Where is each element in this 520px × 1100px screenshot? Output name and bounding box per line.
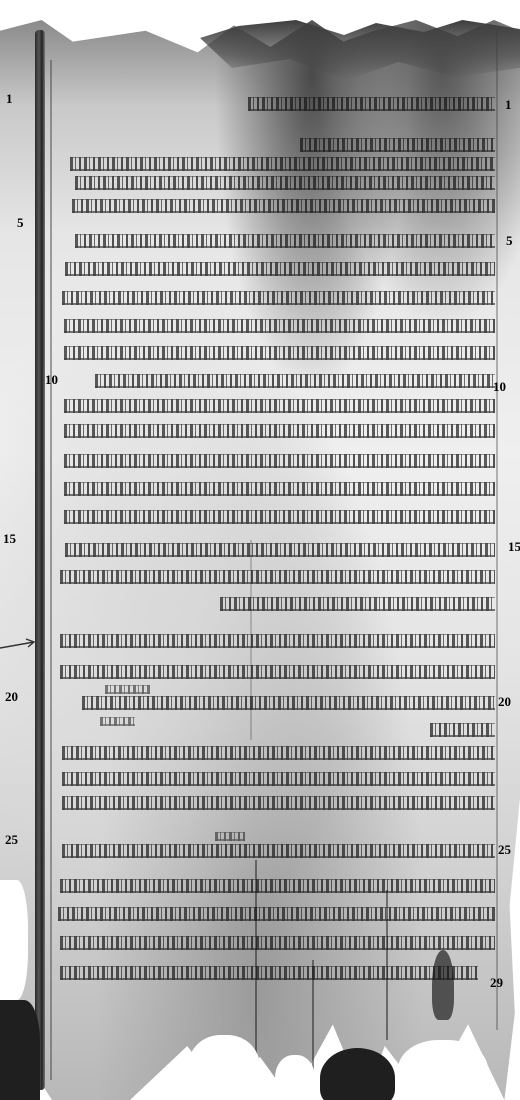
line-number-right: 20 [498,694,511,710]
handwritten-text-line [64,482,495,496]
handwritten-text-line [64,510,495,524]
handwritten-text-line [75,234,495,248]
handwritten-text-line [62,772,495,786]
handwritten-text-line [70,157,495,171]
line-number-left: 15 [3,531,16,547]
line-number-left: 1 [6,91,13,107]
line-number-right: 1 [505,97,512,113]
handwritten-text-line [95,374,495,388]
right-margin-ruling [496,30,498,1030]
line-number-left: 5 [17,215,24,231]
handwritten-text-line [65,262,495,276]
parchment-hole [188,1035,260,1100]
line-number-left: 10 [45,372,58,388]
handwritten-text-line [430,723,495,737]
line-number-left: 25 [5,832,18,848]
line-number-left: 20 [5,689,18,705]
handwritten-text-line [60,570,495,584]
handwritten-text-line [82,696,495,710]
parchment-hole [275,1055,315,1100]
line-number-right: 5 [506,233,513,249]
interlinear-correction [100,717,135,726]
handwritten-text-line [62,796,495,810]
dark-damage [432,950,454,1020]
dark-damage [320,1048,395,1100]
margin-arrow-mark [0,638,40,652]
dark-damage [0,1000,40,1100]
line-number-right: 10 [493,379,506,395]
handwritten-text-line [64,346,495,360]
handwritten-text-line [64,454,495,468]
handwritten-text-line [65,543,495,557]
handwritten-text-line [75,176,495,190]
line-number-right: 29 [490,975,503,991]
handwritten-text-line [300,138,495,152]
manuscript-photograph: 1510152025151015202529 [0,0,520,1100]
handwritten-text-line [72,199,495,213]
handwritten-text-line [60,936,495,950]
handwritten-text-line [64,319,495,333]
line-number-right: 15 [508,539,520,555]
handwritten-text-line [60,665,495,679]
handwritten-text-line [58,907,495,921]
handwritten-text-line [220,597,495,611]
interlinear-correction [105,685,150,694]
line-number-right: 25 [498,842,511,858]
handwritten-text-line [60,879,495,893]
handwritten-text-line [248,97,495,111]
scroll-left-edge-seam [35,30,45,1090]
handwritten-text-line [64,424,495,438]
parchment-hole [398,1040,488,1100]
left-margin-ruling [50,60,52,1080]
handwritten-text-line [62,746,495,760]
parchment-hole [0,880,28,1000]
handwritten-text-line [60,966,478,980]
handwritten-text-line [60,634,495,648]
handwritten-text-line [62,291,495,305]
interlinear-correction [215,832,245,841]
handwritten-text-line [64,399,495,413]
handwritten-text-line [62,844,495,858]
